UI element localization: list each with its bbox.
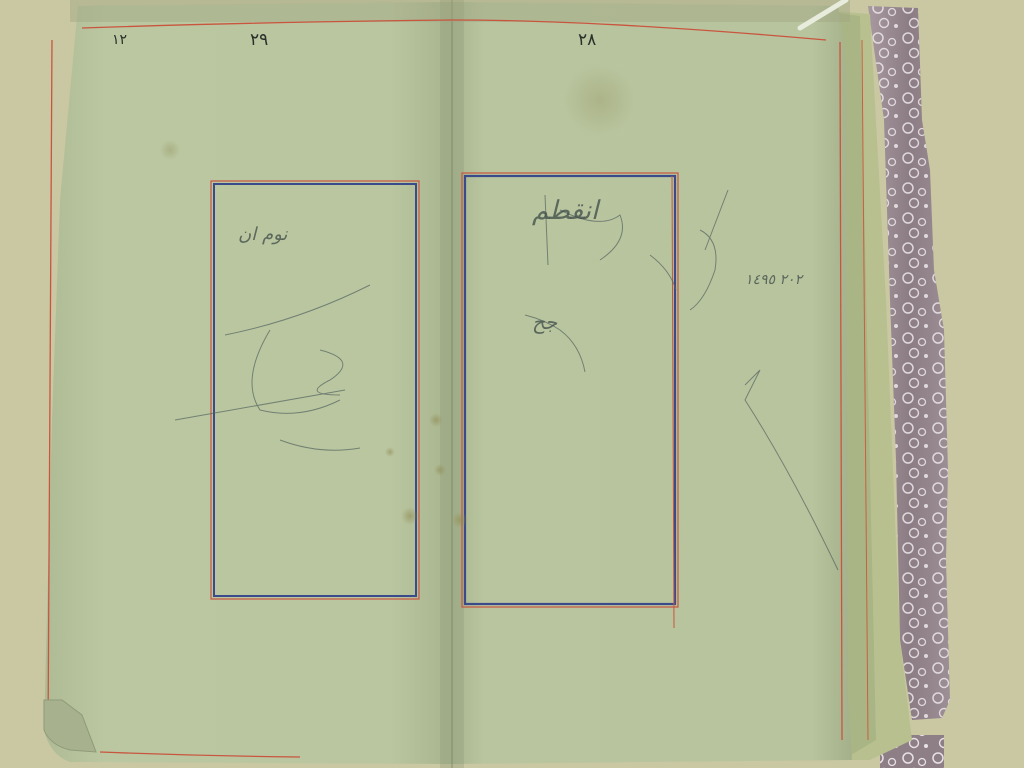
folio-number-right: ٢٨ [578,30,596,50]
right-frame-scribble-mid: جح [532,310,557,334]
right-frame-scribble-top: انقطم [532,196,598,226]
manuscript-photo: ١٢ ٢٩ ٢٨ نوم ان انقطم جح ٢٠٢ ١٤٩٥ [0,0,1024,768]
right-margin-scribble: ٢٠٢ ١٤٩٥ [745,272,802,288]
folio-number-left: ٢٩ [250,30,268,50]
manuscript-illustration [0,0,1024,768]
folio-corner-left: ١٢ [112,32,127,48]
left-frame-scribble: نوم ان [238,224,287,245]
